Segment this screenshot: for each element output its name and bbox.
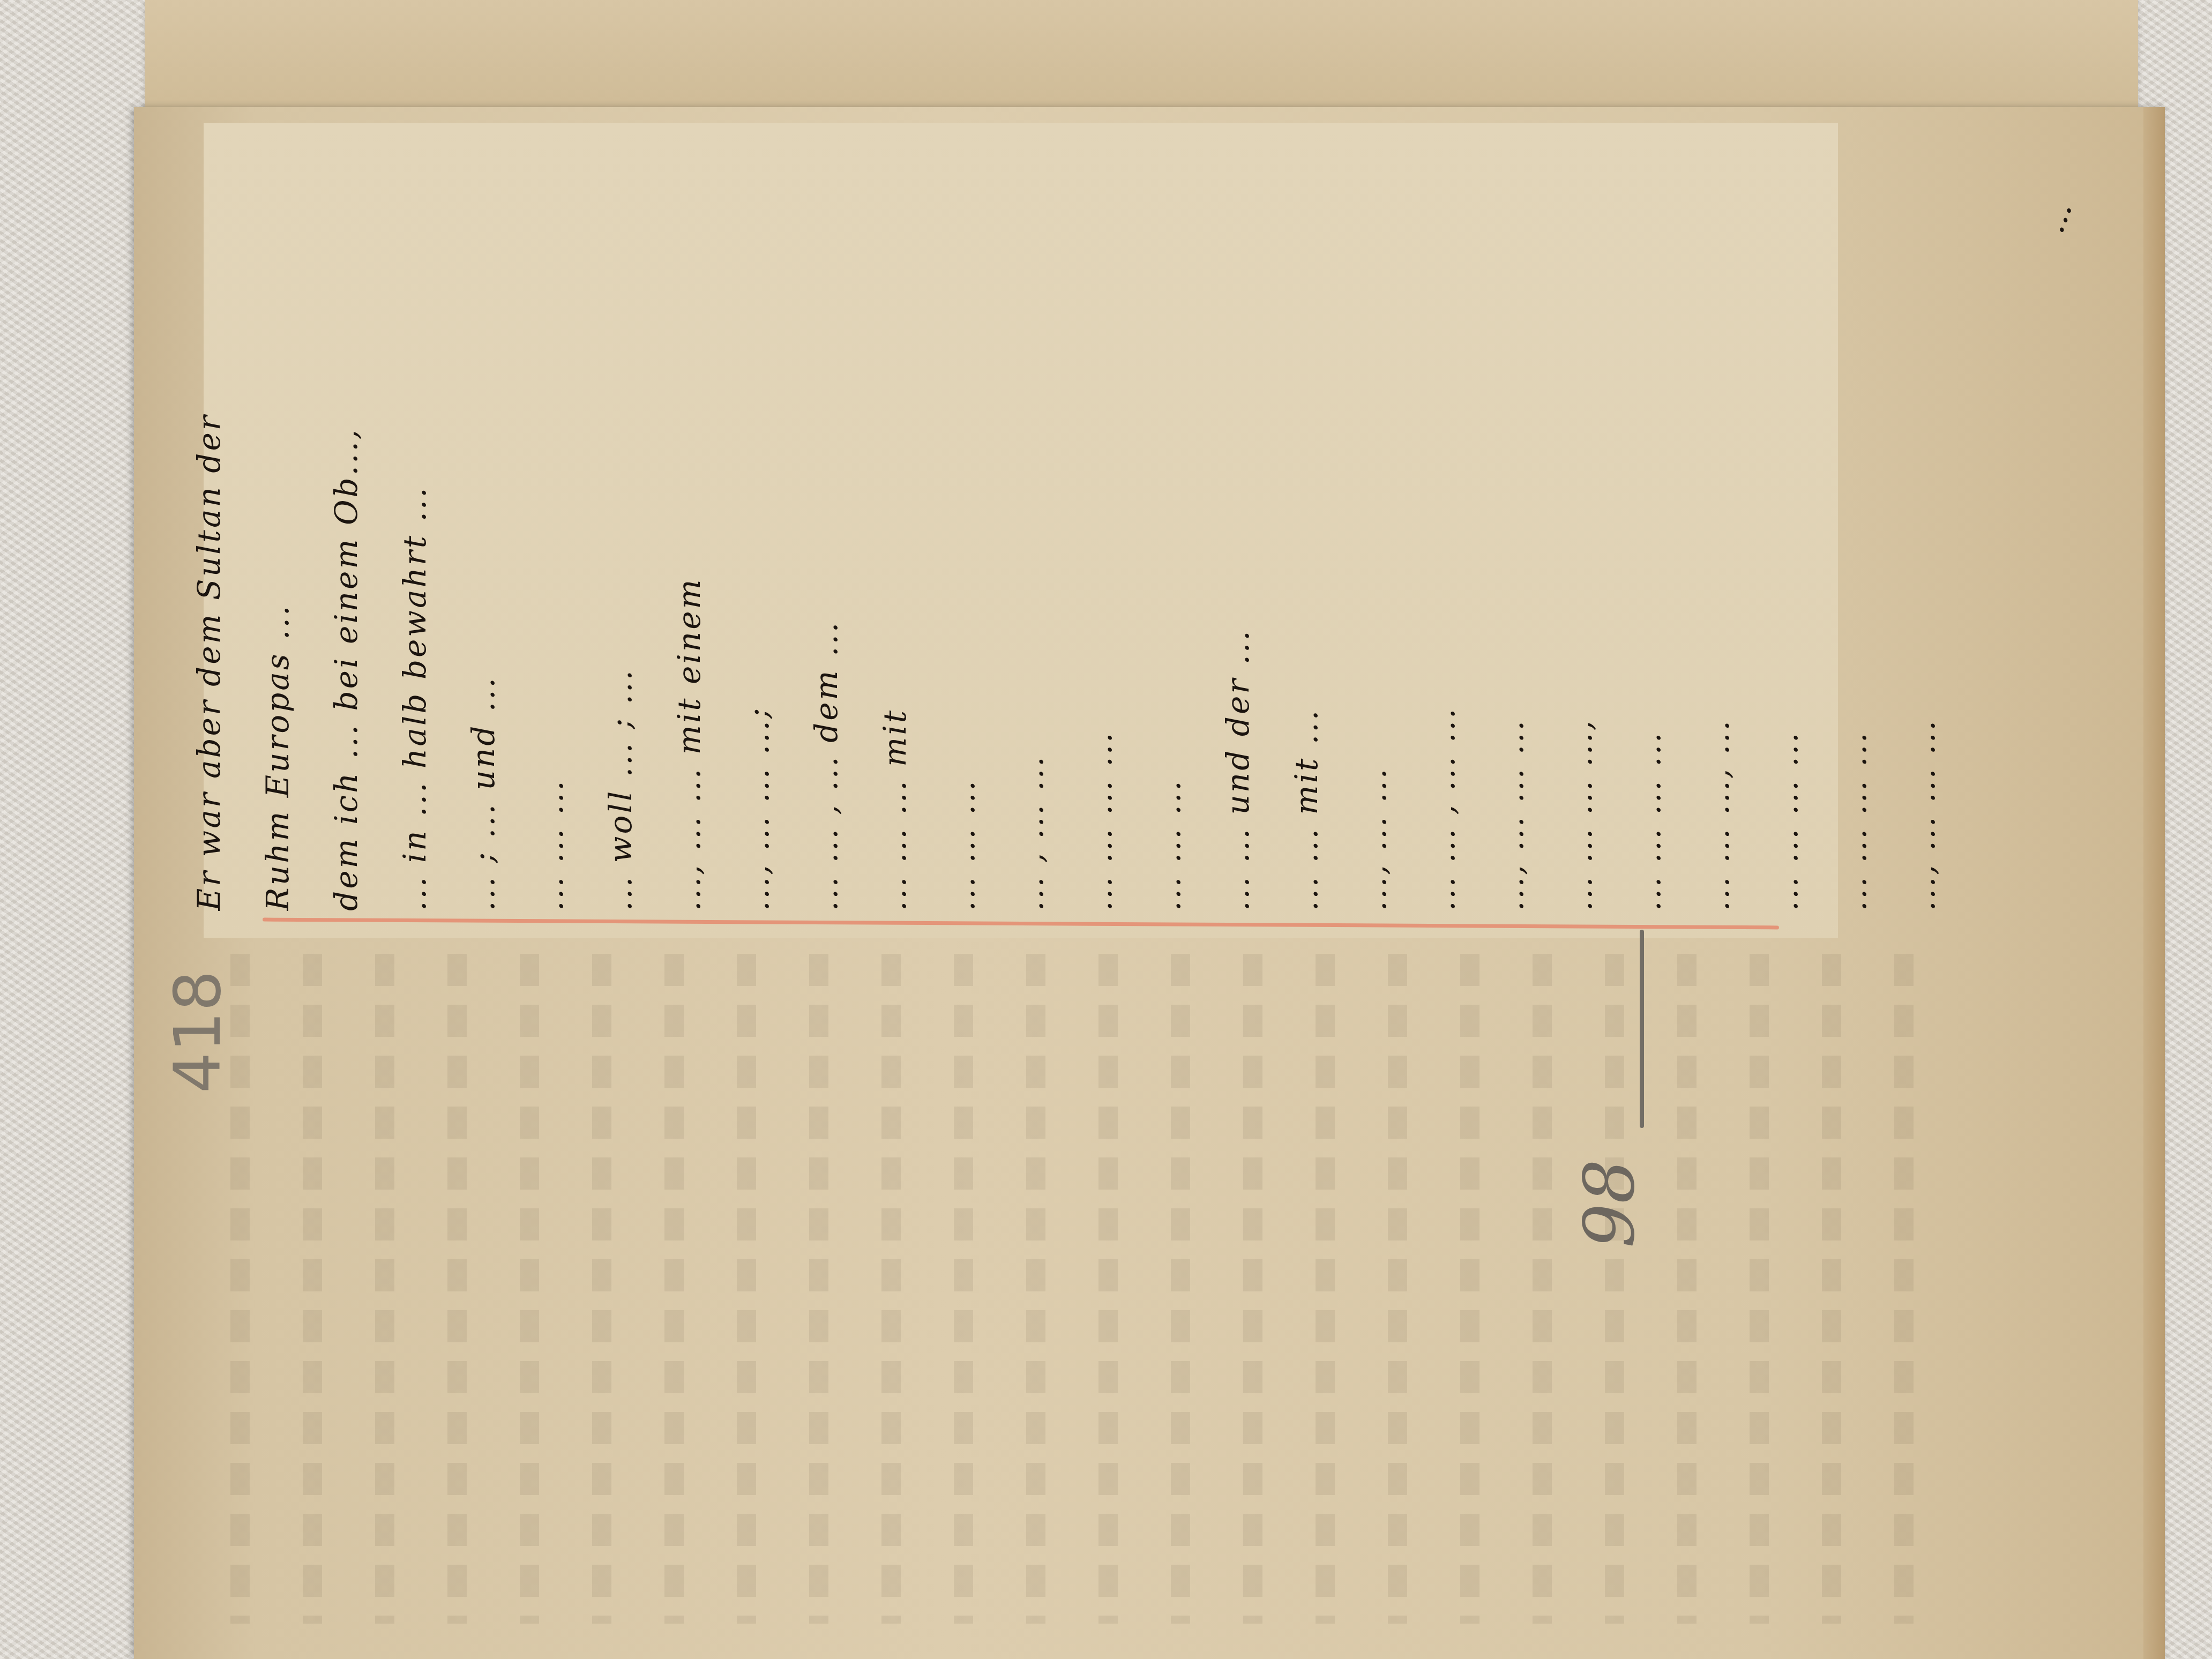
script-line: ... ... ... ...	[1085, 139, 1117, 911]
bleed-through-line	[1677, 954, 1697, 1624]
bleed-through-line	[954, 954, 973, 1624]
bleed-through-line	[1750, 954, 1769, 1624]
bleed-through-line	[664, 954, 684, 1624]
bleed-through-line	[1894, 954, 1914, 1624]
bleed-through-line	[737, 954, 756, 1624]
bleed-through-line	[1533, 954, 1552, 1624]
script-line: ..., ... ... ...	[1908, 139, 1940, 911]
script-line: ... woll ... ; ...	[604, 139, 637, 911]
script-line: ... ... ... ...	[1839, 139, 1871, 911]
script-line: dem ich ... bei einem Ob...,	[330, 139, 362, 911]
bleed-through-line	[592, 954, 611, 1624]
script-line: ... ... ... ...,	[1565, 139, 1597, 911]
bleed-through-line	[881, 954, 901, 1624]
script-line: ... ... ... ...	[1633, 139, 1665, 911]
bleed-through-text	[230, 954, 1999, 1624]
script-line: ..., ... ... ...;	[742, 139, 774, 911]
bleed-through-line	[303, 954, 322, 1624]
script-line: ... ... ...	[947, 139, 980, 911]
pencil-folio-mark: 98	[1568, 1159, 1650, 1247]
pencil-page-number: 418	[161, 970, 235, 1093]
pencil-stroke	[1640, 930, 1644, 1128]
page-edge	[2143, 107, 2165, 1659]
script-line: ... ; ... und ...	[467, 139, 499, 911]
script-line: ... ... und der ...	[1222, 139, 1254, 911]
bleed-through-line	[1026, 954, 1045, 1624]
bleed-through-line	[809, 954, 828, 1624]
script-line: ... ... ... ...	[1770, 139, 1803, 911]
bleed-through-line	[1316, 954, 1335, 1624]
script-line: ... ... ... mit	[879, 139, 911, 911]
script-line: ... in ... halb bewahrt ...	[399, 139, 431, 911]
bleed-through-line	[375, 954, 394, 1624]
script-line: Er war aber dem Sultan der	[193, 139, 225, 911]
script-line: ..., ... ... ...	[1496, 139, 1528, 911]
script-line: ... ... , ... ...	[1428, 139, 1460, 911]
script-line: ... ... mit ...	[1290, 139, 1322, 911]
bleed-through-line	[520, 954, 539, 1624]
script-line: ... ... , ... dem ...	[810, 139, 842, 911]
script-line: ... ... ...	[1153, 139, 1185, 911]
script-line: ..., ... ...	[1359, 139, 1391, 911]
bleed-through-line	[1388, 954, 1407, 1624]
script-line: ... ... ..., ...	[1702, 139, 1734, 911]
script-line: Ruhm Europas ...	[261, 139, 294, 911]
bleed-through-line	[1098, 954, 1118, 1624]
script-line: ... , ... ...	[1016, 139, 1048, 911]
bleed-through-line	[447, 954, 467, 1624]
script-line: ..., ... ... mit einem	[673, 139, 705, 911]
bleed-through-line	[1460, 954, 1479, 1624]
bleed-through-line	[1171, 954, 1190, 1624]
script-line: ... ... ...	[536, 139, 568, 911]
handwritten-text-block: Er war aber dem Sultan derRuhm Europas .…	[193, 139, 2015, 911]
bleed-through-line	[1243, 954, 1262, 1624]
bleed-through-line	[1605, 954, 1624, 1624]
bleed-through-line	[1822, 954, 1841, 1624]
